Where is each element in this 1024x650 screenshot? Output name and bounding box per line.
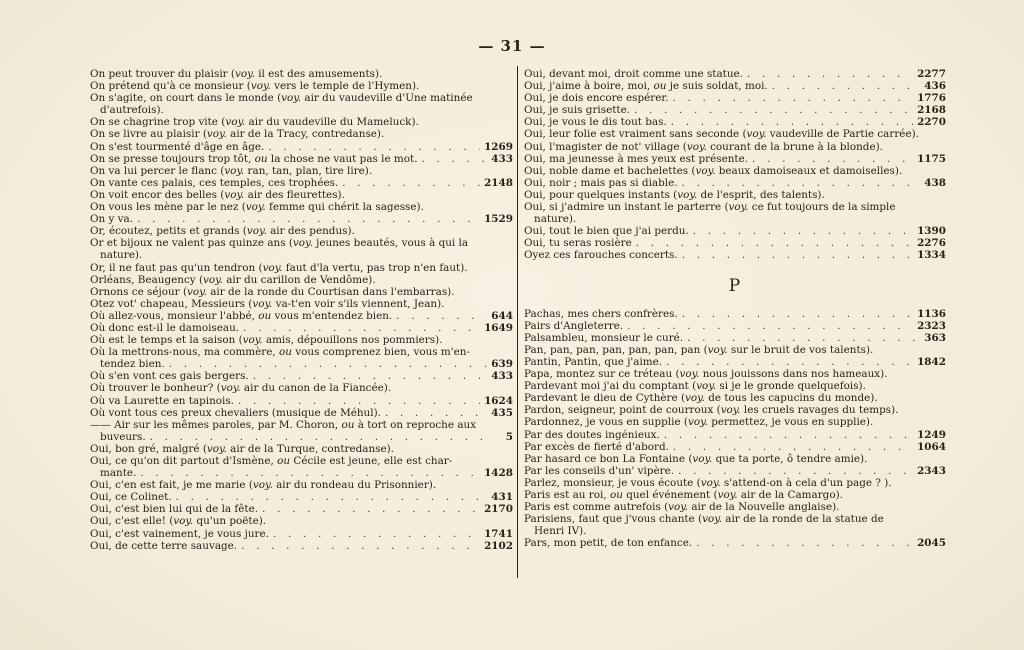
- voy-abbrev: voy.: [680, 368, 700, 380]
- dot-leader: . . . . . . . . . . . . . . . . . . . . …: [150, 431, 487, 443]
- entry-title: Oui, devant moi, droit comme une statue.: [524, 68, 743, 80]
- index-entry: Où allez-vous, monsieur l'abbé, ou vous …: [90, 310, 513, 322]
- index-entry: Oyez ces farouches concerts.. . . . . . …: [524, 249, 946, 261]
- entry-number: 5: [491, 431, 513, 443]
- voy-abbrev: voy.: [708, 344, 728, 356]
- entry-title: Oui, leur folie est vraiment sans second…: [524, 128, 919, 140]
- index-entry: Oui, tu seras rosière. . . . . . . . . .…: [524, 237, 946, 249]
- entry-title: Où la mettrons-nous, ma commère, ou vous…: [90, 346, 470, 358]
- entry-number: 644: [491, 310, 513, 322]
- entry-number: 363: [924, 332, 946, 344]
- dot-leader: . . . . . . . . . . . . . . . . . . . . …: [671, 116, 913, 128]
- ou-conjunction: ou: [255, 153, 268, 165]
- dot-leader: . . . . . . . . . . . . . . . . . . . . …: [752, 153, 913, 165]
- entry-title: Où s'en vont ces gais bergers.: [90, 370, 249, 382]
- entry-number: 1776: [917, 92, 946, 104]
- section-o-entries: Oui, devant moi, droit comme une statue.…: [524, 68, 946, 262]
- entry-title: On peut trouver du plaisir (voy. il est …: [90, 68, 382, 80]
- index-entry: Oui, c'est elle! (voy. qu'un poëte).: [90, 515, 513, 527]
- entry-number: 1175: [917, 153, 946, 165]
- voy-abbrev: voy.: [692, 453, 712, 465]
- entry-title: Où vont tous ces preux chevaliers (musiq…: [90, 407, 381, 419]
- index-entry: Par excès de fierté d'abord.. . . . . . …: [524, 441, 946, 453]
- index-entry: On vante ces palais, ces temples, ces tr…: [90, 177, 513, 189]
- dot-leader: . . . . . . . . . . . . . . . . . . . . …: [273, 528, 480, 540]
- index-entry: Otez vot' chapeau, Messieurs (voy. va-t'…: [90, 298, 513, 310]
- entry-title: —— Air sur les mêmes paroles, par M. Cho…: [90, 419, 476, 431]
- entry-number: 431: [491, 491, 513, 503]
- index-entry: Oui, leur folie est vraiment sans second…: [524, 128, 946, 140]
- index-entry: Pachas, mes chers confrères.. . . . . . …: [524, 308, 946, 320]
- page-number: — 31 —: [0, 37, 1024, 55]
- entry-number: 1428: [484, 467, 513, 479]
- index-entry: Parlez, monsieur, je vous écoute (voy. s…: [524, 477, 946, 489]
- entry-number: 2270: [917, 116, 946, 128]
- entry-title: Pars, mon petit, de ton enfance.: [524, 537, 692, 549]
- voy-abbrev: voy.: [207, 128, 227, 140]
- index-entry: Orléans, Beaugency (voy. air du carillon…: [90, 274, 513, 286]
- voy-abbrev: voy.: [173, 515, 193, 527]
- dot-leader: . . . . . . . . . . . . . . . . . . . . …: [137, 213, 480, 225]
- entry-title: Oui, je vous le dis tout bas.: [524, 116, 667, 128]
- section-letter-heading: P: [524, 280, 946, 292]
- entry-title: Oui, si j'admire un instant le parterre …: [524, 201, 896, 213]
- voy-abbrev: voy.: [747, 128, 767, 140]
- entry-number: 1390: [917, 225, 946, 237]
- ou-conjunction: ou: [277, 455, 290, 467]
- entry-title-continuation: d'autrefois).: [100, 104, 164, 116]
- index-entry: Pardon, seigneur, point de courroux (voy…: [524, 404, 946, 416]
- entry-title: Or, écoutez, petits et grands (voy. air …: [90, 225, 355, 237]
- entry-title: Pantin, Pantin, que j'aime.: [524, 356, 662, 368]
- entry-title: Oui, j'aime à boire, moi, ou je suis sol…: [524, 80, 768, 92]
- entry-title: Pardon, seigneur, point de courroux (voy…: [524, 404, 898, 416]
- entry-title: Où va Laurette en tapinois.: [90, 395, 234, 407]
- voy-abbrev: voy.: [688, 416, 708, 428]
- index-entry: Oui, je suis grisette.. . . . . . . . . …: [524, 104, 946, 116]
- entry-title: Oui, je suis grisette.: [524, 104, 630, 116]
- dot-leader: . . . . . . . . . . . . . . . . . . . . …: [747, 68, 913, 80]
- voy-abbrev: voy.: [696, 380, 716, 392]
- entry-title: Oui, bon gré, malgré (voy. air de la Tur…: [90, 443, 394, 455]
- entry-title: Otez vot' chapeau, Messieurs (voy. va-t'…: [90, 298, 444, 310]
- index-entry: Or et bijoux ne valent pas quinze ans (v…: [90, 237, 513, 261]
- entry-title: Où donc est-il le damoiseau.: [90, 322, 239, 334]
- entry-title: Oui, noble dame et bachelettes (voy. bea…: [524, 165, 902, 177]
- entry-number: 2102: [484, 540, 513, 552]
- index-entry: Oui, tout le bien que j'ai perdu.. . . .…: [524, 225, 946, 237]
- voy-abbrev: voy.: [281, 92, 301, 104]
- voy-abbrev: voy.: [224, 165, 244, 177]
- index-entry: Où va Laurette en tapinois.. . . . . . .…: [90, 395, 513, 407]
- entry-number: 436: [924, 80, 946, 92]
- index-entry: Pardevant le dieu de Cythère (voy. de to…: [524, 392, 946, 404]
- index-entry: Oui, ma jeunesse à mes yeux est présente…: [524, 153, 946, 165]
- entry-title: Oui, c'en est fait, je me marie (voy. ai…: [90, 479, 436, 491]
- index-entry: Oui, l'magister de not' village (voy. co…: [524, 141, 946, 153]
- entry-title: Oui, l'magister de not' village (voy. co…: [524, 141, 883, 153]
- entry-title: Parisiens, faut que j'vous chante (voy. …: [524, 513, 884, 525]
- entry-number: 1741: [484, 528, 513, 540]
- voy-abbrev: voy.: [293, 237, 313, 249]
- entry-number: 1269: [484, 141, 513, 153]
- entry-title-continuation: buveurs.: [100, 431, 146, 443]
- dot-leader: . . . . . . . . . . . . . . . . . . . . …: [673, 92, 914, 104]
- dot-leader: . . . . . . . . . . . . . . . . . . . . …: [253, 370, 487, 382]
- entry-title: On y va.: [90, 213, 133, 225]
- entry-title: Pachas, mes chers confrères.: [524, 308, 678, 320]
- entry-title: Oui, noir ; mais pas si diable.: [524, 177, 678, 189]
- voy-abbrev: voy.: [243, 334, 263, 346]
- index-entry: Pairs d'Angleterre.. . . . . . . . . . .…: [524, 320, 946, 332]
- dot-leader: . . . . . . . . . . . . . . . . . . . . …: [140, 467, 480, 479]
- dot-leader: . . . . . . . . . . . . . . . . . . . . …: [342, 177, 480, 189]
- entry-title: On prétend qu'à ce monsieur (voy. vers l…: [90, 80, 419, 92]
- entry-title: Par les conseils d'un' vipère.: [524, 465, 674, 477]
- entry-number: 2168: [917, 104, 946, 116]
- index-entry: Oui, devant moi, droit comme une statue.…: [524, 68, 946, 80]
- index-entry: On se presse toujours trop tôt, ou la ch…: [90, 153, 513, 165]
- entry-number: 2276: [917, 237, 946, 249]
- entry-number: 1624: [484, 395, 513, 407]
- index-entry: Pan, pan, pan, pan, pan, pan, pan (voy. …: [524, 344, 946, 356]
- index-entry: Oui, c'est bien lui qui de la fête.. . .…: [90, 503, 513, 515]
- index-entry: Oui, ce Colinet.. . . . . . . . . . . . …: [90, 491, 513, 503]
- index-entry: Oui, noir ; mais pas si diable.. . . . .…: [524, 177, 946, 189]
- entry-number: 1529: [484, 213, 513, 225]
- entry-title: Pardonnez, je vous en supplie (voy. perm…: [524, 416, 873, 428]
- index-entry: Par les conseils d'un' vipère.. . . . . …: [524, 465, 946, 477]
- dot-leader: . . . . . . . . . . . . . . . . . . . . …: [693, 225, 913, 237]
- entry-title: On vante ces palais, ces temples, ces tr…: [90, 177, 338, 189]
- entry-title: Oui, je dois encore espérer.: [524, 92, 669, 104]
- voy-abbrev: voy.: [687, 141, 707, 153]
- entry-title: Palsambleu, monsieur le curé.: [524, 332, 683, 344]
- entry-number: 1136: [917, 308, 946, 320]
- entry-title: On s'agite, on court dans le monde (voy.…: [90, 92, 473, 104]
- entry-number: 1649: [484, 322, 513, 334]
- dot-leader: . . . . . . . . . . . . . . . . . . . . …: [176, 491, 487, 503]
- index-entry: On peut trouver du plaisir (voy. il est …: [90, 68, 513, 80]
- index-entry: Où la mettrons-nous, ma commère, ou vous…: [90, 346, 513, 370]
- entry-number: 2343: [917, 465, 946, 477]
- dot-leader: . . . . . . . . . . . . . . . . . . . . …: [262, 503, 480, 515]
- voy-abbrev: voy.: [718, 489, 738, 501]
- index-entry: Oui, de cette terre sauvage.. . . . . . …: [90, 540, 513, 552]
- entry-title: Où allez-vous, monsieur l'abbé, ou vous …: [90, 310, 392, 322]
- index-entry: Où s'en vont ces gais bergers.. . . . . …: [90, 370, 513, 382]
- voy-abbrev: voy.: [187, 286, 207, 298]
- section-p-entries: Pachas, mes chers confrères.. . . . . . …: [524, 308, 946, 550]
- voy-abbrev: voy.: [225, 116, 245, 128]
- dot-leader: . . . . . . . . . . . . . . . . . . . . …: [634, 104, 913, 116]
- dot-leader: . . . . . . . . . . . . . . . . . . . . …: [238, 395, 480, 407]
- entry-title: Oui, ma jeunesse à mes yeux est présente…: [524, 153, 748, 165]
- dot-leader: . . . . . . . . . . . . . . . . . . . . …: [682, 177, 920, 189]
- entry-title: Par excès de fierté d'abord.: [524, 441, 669, 453]
- entry-title: Or et bijoux ne valent pas quinze ans (v…: [90, 237, 468, 249]
- dot-leader: . . . . . . . . . . . . . . . . . . . . …: [682, 308, 913, 320]
- entry-title: Par hasard ce bon La Fontaine (voy. que …: [524, 453, 867, 465]
- entry-title: Pardevant moi j'ai du comptant (voy. si …: [524, 380, 866, 392]
- index-entry: Où donc est-il le damoiseau.. . . . . . …: [90, 322, 513, 334]
- voy-abbrev: voy.: [701, 477, 721, 489]
- column-divider: [517, 66, 518, 578]
- voy-abbrev: voy.: [721, 404, 741, 416]
- entry-title: Oyez ces farouches concerts.: [524, 249, 678, 261]
- entry-number: 639: [491, 358, 513, 370]
- voy-abbrev: voy.: [224, 189, 244, 201]
- right-column: Oui, devant moi, droit comme une statue.…: [524, 68, 946, 549]
- index-entry: Oui, j'aime à boire, moi, ou je suis sol…: [524, 80, 946, 92]
- entry-title: Oui, c'est bien lui qui de la fête.: [90, 503, 258, 515]
- voy-abbrev: voy.: [207, 443, 227, 455]
- entry-number: 433: [491, 370, 513, 382]
- voy-abbrev: voy.: [729, 201, 749, 213]
- index-entry: Papa, montez sur ce tréteau (voy. nous j…: [524, 368, 946, 380]
- entry-title: On se presse toujours trop tôt, ou la ch…: [90, 153, 418, 165]
- index-entry: Oui, ce qu'on dit partout d'Ismène, ou C…: [90, 455, 513, 479]
- index-entry: Oui, c'en est fait, je me marie (voy. ai…: [90, 479, 513, 491]
- index-entry: On prétend qu'à ce monsieur (voy. vers l…: [90, 80, 513, 92]
- dot-leader: . . . . . . . . . . . . . . . . . . . . …: [241, 540, 480, 552]
- index-entry: Ornons ce séjour (voy. air de la ronde d…: [90, 286, 513, 298]
- index-entry: Oui, pour quelques instants (voy. de l'e…: [524, 189, 946, 201]
- index-entry: Or, il ne faut pas qu'un tendron (voy. f…: [90, 262, 513, 274]
- index-entry: On voit encor des belles (voy. air des f…: [90, 189, 513, 201]
- dot-leader: . . . . . . . . . . . . . . . . . . . . …: [678, 465, 913, 477]
- entry-title-continuation: tendez bien.: [100, 358, 165, 370]
- entry-title: Paris est au roi, ou quel événement (voy…: [524, 489, 843, 501]
- dot-leader: . . . . . . . . . . . . . . . . . . . . …: [627, 320, 913, 332]
- voy-abbrev: voy.: [251, 80, 271, 92]
- entry-title: Pairs d'Angleterre.: [524, 320, 623, 332]
- entry-title: Oui, c'est elle! (voy. qu'un poëte).: [90, 515, 266, 527]
- index-entry: Où vont tous ces preux chevaliers (musiq…: [90, 407, 513, 419]
- index-entry: Par des doutes ingénieux.. . . . . . . .…: [524, 429, 946, 441]
- ou-conjunction: ou: [610, 489, 623, 501]
- index-entry: Oui, c'est vainement, je vous jure.. . .…: [90, 528, 513, 540]
- index-entry: On s'agite, on court dans le monde (voy.…: [90, 92, 513, 116]
- index-entry: Oui, si j'admire un instant le parterre …: [524, 201, 946, 225]
- entry-title: Pardevant le dieu de Cythère (voy. de to…: [524, 392, 878, 404]
- dot-leader: . . . . . . . . . . . . . . . . . . . . …: [682, 249, 913, 261]
- voy-abbrev: voy.: [253, 479, 273, 491]
- index-entry: Où trouver le bonheur? (voy. air du cano…: [90, 382, 513, 394]
- dot-leader: . . . . . . . . . . . . . . . . . . . . …: [268, 141, 480, 153]
- index-entry: Par hasard ce bon La Fontaine (voy. que …: [524, 453, 946, 465]
- entry-title: Où trouver le bonheur? (voy. air du cano…: [90, 382, 391, 394]
- entry-number: 2148: [484, 177, 513, 189]
- index-entry: On se chagrine trop vite (voy. air du va…: [90, 116, 513, 128]
- index-entry: —— Air sur les mêmes paroles, par M. Cho…: [90, 419, 513, 443]
- index-entry: Paris est au roi, ou quel événement (voy…: [524, 489, 946, 501]
- entry-title: Or, il ne faut pas qu'un tendron (voy. f…: [90, 262, 468, 274]
- book-page: — 31 — On peut trouver du plaisir (voy. …: [0, 0, 1024, 650]
- index-entry: On s'est tourmenté d'âge en âge.. . . . …: [90, 141, 513, 153]
- dot-leader: . . . . . . . . . . . . . . . . . . . . …: [169, 358, 487, 370]
- index-entry: On va lui percer le flanc (voy. ran, tan…: [90, 165, 513, 177]
- entry-title: On se chagrine trop vite (voy. air du va…: [90, 116, 419, 128]
- voy-abbrev: voy.: [695, 165, 715, 177]
- entry-title: Pan, pan, pan, pan, pan, pan, pan (voy. …: [524, 344, 873, 356]
- entry-number: 1064: [917, 441, 946, 453]
- entry-title: Paris est comme autrefois (voy. air de l…: [524, 501, 839, 513]
- voy-abbrev: voy.: [668, 501, 688, 513]
- voy-abbrev: voy.: [235, 68, 255, 80]
- index-entry: On se livre au plaisir (voy. air de la T…: [90, 128, 513, 140]
- ou-conjunction: ou: [341, 419, 354, 431]
- entry-title: On voit encor des belles (voy. air des f…: [90, 189, 345, 201]
- index-entry: Oui, je dois encore espérer.. . . . . . …: [524, 92, 946, 104]
- entry-title: Où est le temps et la saison (voy. amis,…: [90, 334, 442, 346]
- voy-abbrev: voy.: [247, 225, 267, 237]
- entry-title: On va lui percer le flanc (voy. ran, tan…: [90, 165, 372, 177]
- dot-leader: . . . . . . . . . . . . . . . . . . . . …: [687, 332, 920, 344]
- entry-title-continuation: nature).: [100, 249, 142, 261]
- voy-abbrev: voy.: [221, 382, 241, 394]
- index-entry: Où est le temps et la saison (voy. amis,…: [90, 334, 513, 346]
- dot-leader: . . . . . . . . . . . . . . . . . . . . …: [673, 441, 913, 453]
- entry-title: Par des doutes ingénieux.: [524, 429, 660, 441]
- entry-number: 2277: [917, 68, 946, 80]
- entry-number: 433: [491, 153, 513, 165]
- index-entry: Oui, bon gré, malgré (voy. air de la Tur…: [90, 443, 513, 455]
- index-entry: Oui, je vous le dis tout bas.. . . . . .…: [524, 116, 946, 128]
- entry-title: On se livre au plaisir (voy. air de la T…: [90, 128, 384, 140]
- dot-leader: . . . . . . . . . . . . . . . . . . . . …: [636, 237, 913, 249]
- index-entry: On vous les mène par le nez (voy. femme …: [90, 201, 513, 213]
- index-entry: Pantin, Pantin, que j'aime.. . . . . . .…: [524, 356, 946, 368]
- entry-title: Orléans, Beaugency (voy. air du carillon…: [90, 274, 376, 286]
- ou-conjunction: ou: [258, 310, 271, 322]
- index-entry: Or, écoutez, petits et grands (voy. air …: [90, 225, 513, 237]
- entry-title: On s'est tourmenté d'âge en âge.: [90, 141, 264, 153]
- entry-title: Oui, de cette terre sauvage.: [90, 540, 237, 552]
- dot-leader: . . . . . . . . . . . . . . . . . . . . …: [664, 429, 913, 441]
- dot-leader: . . . . . . . . . . . . . . . . . . . . …: [243, 322, 480, 334]
- entry-number: 2045: [917, 537, 946, 549]
- entry-title: Oui, ce qu'on dit partout d'Ismène, ou C…: [90, 455, 452, 467]
- entry-title: Oui, ce Colinet.: [90, 491, 172, 503]
- entry-number: 438: [924, 177, 946, 189]
- entry-title: Oui, tu seras rosière: [524, 237, 632, 249]
- entry-title: Parlez, monsieur, je vous écoute (voy. s…: [524, 477, 892, 489]
- entry-title: Oui, c'est vainement, je vous jure.: [90, 528, 269, 540]
- dot-leader: . . . . . . . . . . . . . . . . . . . . …: [385, 407, 487, 419]
- voy-abbrev: voy.: [263, 262, 283, 274]
- index-entry: Pars, mon petit, de ton enfance.. . . . …: [524, 537, 946, 549]
- entry-title-continuation: nature).: [534, 213, 576, 225]
- entry-number: 2170: [484, 503, 513, 515]
- index-entry: Palsambleu, monsieur le curé.. . . . . .…: [524, 332, 946, 344]
- ou-conjunction: ou: [654, 80, 667, 92]
- entry-title: Papa, montez sur ce tréteau (voy. nous j…: [524, 368, 888, 380]
- entry-number: 1842: [917, 356, 946, 368]
- voy-abbrev: voy.: [677, 189, 697, 201]
- entry-title: On vous les mène par le nez (voy. femme …: [90, 201, 424, 213]
- index-entry: Pardevant moi j'ai du comptant (voy. si …: [524, 380, 946, 392]
- index-entry: Pardonnez, je vous en supplie (voy. perm…: [524, 416, 946, 428]
- entry-title: Ornons ce séjour (voy. air de la ronde d…: [90, 286, 455, 298]
- voy-abbrev: voy.: [702, 513, 722, 525]
- entry-title-continuation: Henri IV).: [534, 525, 586, 537]
- entry-title-continuation: mante.: [100, 467, 136, 479]
- entry-title: Oui, tout le bien que j'ai perdu.: [524, 225, 689, 237]
- voy-abbrev: voy.: [203, 274, 223, 286]
- ou-conjunction: ou: [279, 346, 292, 358]
- left-column: On peut trouver du plaisir (voy. il est …: [90, 68, 513, 552]
- index-entry: Paris est comme autrefois (voy. air de l…: [524, 501, 946, 513]
- entry-number: 1249: [917, 429, 946, 441]
- index-entry: On y va.. . . . . . . . . . . . . . . . …: [90, 213, 513, 225]
- entry-number: 2323: [917, 320, 946, 332]
- index-entry: Parisiens, faut que j'vous chante (voy. …: [524, 513, 946, 537]
- dot-leader: . . . . . . . . . . . . . . . . . . . . …: [772, 80, 920, 92]
- voy-abbrev: voy.: [252, 298, 272, 310]
- voy-abbrev: voy.: [246, 201, 266, 213]
- dot-leader: . . . . . . . . . . . . . . . . . . . . …: [422, 153, 487, 165]
- dot-leader: . . . . . . . . . . . . . . . . . . . . …: [666, 356, 913, 368]
- index-entry: Oui, noble dame et bachelettes (voy. bea…: [524, 165, 946, 177]
- dot-leader: . . . . . . . . . . . . . . . . . . . . …: [396, 310, 487, 322]
- entry-title: Oui, pour quelques instants (voy. de l'e…: [524, 189, 825, 201]
- entry-number: 1334: [917, 249, 946, 261]
- entry-number: 435: [491, 407, 513, 419]
- dot-leader: . . . . . . . . . . . . . . . . . . . . …: [696, 537, 913, 549]
- voy-abbrev: voy.: [685, 392, 705, 404]
